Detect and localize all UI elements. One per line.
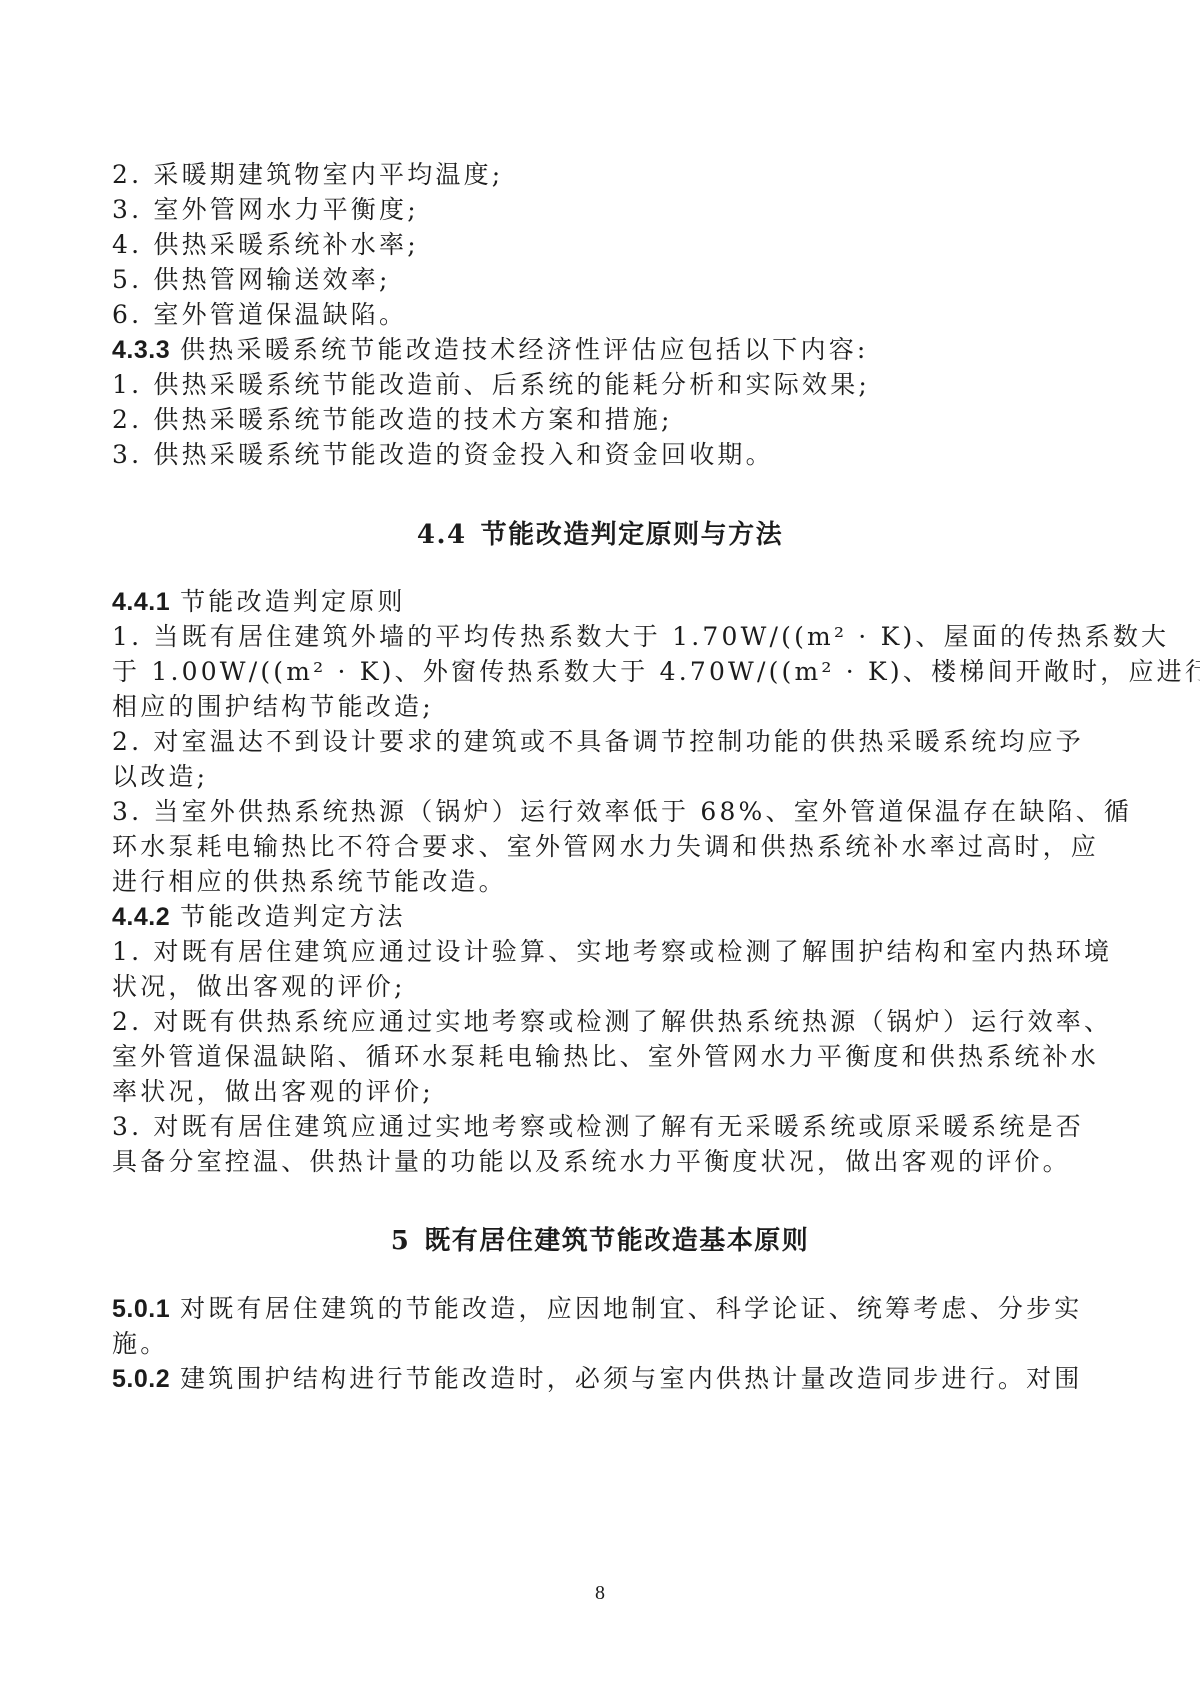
list-item: 1. 供热采暖系统节能改造前、后系统的能耗分析和实际效果;: [112, 367, 870, 403]
list-item: 6. 室外管道保温缺陷。: [112, 297, 407, 333]
list-item: 4. 供热采暖系统补水率;: [112, 227, 419, 263]
section-title: 节能改造判定原则与方法: [481, 520, 784, 550]
section-title: 既有居住建筑节能改造基本原则: [424, 1226, 809, 1256]
paragraph-line: 状况，做出客观的评价;: [112, 969, 406, 1005]
section-heading-5: 5既有居住建筑节能改造基本原则: [0, 1223, 1200, 1259]
paragraph-line: 进行相应的供热系统节能改造。: [112, 864, 507, 900]
paragraph-line: 以改造;: [112, 759, 208, 795]
paragraph-line: 2. 对室温达不到设计要求的建筑或不具备调节控制功能的供热采暖系统均应予: [112, 724, 1084, 760]
paragraph-line: 环水泵耗电输热比不符合要求、室外管网水力失调和供热系统补水率过高时，应: [112, 829, 1099, 865]
clause-title: 节能改造判定方法: [180, 902, 406, 931]
paragraph-line: 3. 当室外供热系统热源（锅炉）运行效率低于 68%、室外管道保温存在缺陷、循: [112, 794, 1132, 830]
paragraph-line: 1. 当既有居住建筑外墙的平均传热系数大于 1.70W/((m² · K)、屋面…: [112, 619, 1169, 655]
paragraph-line: 施。: [112, 1326, 168, 1362]
document-page: 2. 采暖期建筑物室内平均温度; 3. 室外管网水力平衡度; 4. 供热采暖系统…: [0, 0, 1200, 1697]
clause-text: 建筑围护结构进行节能改造时，必须与室内供热计量改造同步进行。对围: [180, 1364, 1082, 1393]
clause-5-0-1: 5.0.1对既有居住建筑的节能改造，应因地制宜、科学论证、统筹考虑、分步实: [112, 1291, 1083, 1327]
clause-4-3-3: 4.3.3供热采暖系统节能改造技术经济性评估应包括以下内容:: [112, 332, 869, 368]
paragraph-line: 1. 对既有居住建筑应通过设计验算、实地考察或检测了解围护结构和室内热环境: [112, 934, 1112, 970]
paragraph-line: 率状况，做出客观的评价;: [112, 1074, 434, 1110]
list-item: 3. 室外管网水力平衡度;: [112, 192, 419, 228]
clause-5-0-2: 5.0.2建筑围护结构进行节能改造时，必须与室内供热计量改造同步进行。对围: [112, 1361, 1083, 1397]
paragraph-line: 室外管道保温缺陷、循环水泵耗电输热比、室外管网水力平衡度和供热系统补水: [112, 1039, 1099, 1075]
clause-text: 供热采暖系统节能改造技术经济性评估应包括以下内容:: [180, 335, 868, 364]
list-item: 3. 供热采暖系统节能改造的资金投入和资金回收期。: [112, 437, 774, 473]
page-number: 8: [0, 1582, 1200, 1605]
clause-4-4-1: 4.4.1节能改造判定原则: [112, 584, 406, 620]
clause-number: 5.0.2: [112, 1365, 170, 1393]
section-number: 5: [391, 1226, 411, 1256]
section-number: 4.4: [417, 520, 467, 550]
clause-title: 节能改造判定原则: [180, 587, 406, 616]
clause-number: 5.0.1: [112, 1295, 170, 1323]
section-heading-4-4: 4.4节能改造判定原则与方法: [0, 517, 1200, 553]
paragraph-line: 2. 对既有供热系统应通过实地考察或检测了解供热系统热源（锅炉）运行效率、: [112, 1004, 1112, 1040]
paragraph-line: 于 1.00W/((m² · K)、外窗传热系数大于 4.70W/((m² · …: [112, 654, 1200, 690]
clause-number: 4.3.3: [112, 336, 170, 364]
paragraph-line: 3. 对既有居住建筑应通过实地考察或检测了解有无采暖系统或原采暖系统是否: [112, 1109, 1084, 1145]
paragraph-line: 具备分室控温、供热计量的功能以及系统水力平衡度状况，做出客观的评价。: [112, 1144, 1071, 1180]
clause-number: 4.4.2: [112, 903, 170, 931]
list-item: 5. 供热管网输送效率;: [112, 262, 391, 298]
clause-4-4-2: 4.4.2节能改造判定方法: [112, 899, 406, 935]
clause-number: 4.4.1: [112, 588, 170, 616]
clause-text: 对既有居住建筑的节能改造，应因地制宜、科学论证、统筹考虑、分步实: [180, 1294, 1082, 1323]
list-item: 2. 采暖期建筑物室内平均温度;: [112, 157, 503, 193]
paragraph-line: 相应的围护结构节能改造;: [112, 689, 434, 725]
list-item: 2. 供热采暖系统节能改造的技术方案和措施;: [112, 402, 673, 438]
